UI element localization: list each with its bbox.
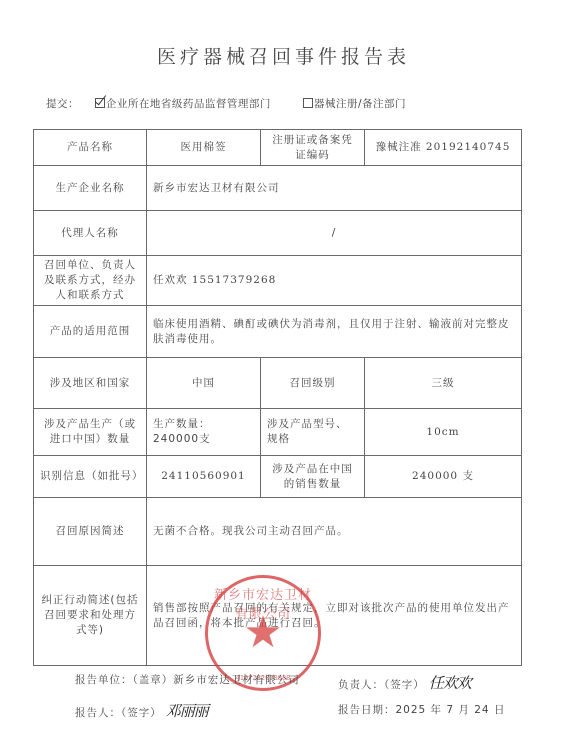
table-row: 召回原因简述 无菌不合格。现我公司主动召回产品。 xyxy=(34,498,522,566)
reason-label: 召回原因简述 xyxy=(34,498,147,566)
model-label: 涉及产品型号、规格 xyxy=(261,409,365,456)
report-date: 报告日期：2025 年 7 月 24 日 xyxy=(338,702,505,717)
responsible-label: 负责人：（签字） xyxy=(338,679,425,691)
batch-label: 识别信息（如批号） xyxy=(34,456,147,498)
batch-value: 24110560901 xyxy=(147,456,261,498)
submit-option-registration[interactable]: 器械注册/备注部门 xyxy=(303,96,406,111)
checkbox-unchecked-icon[interactable] xyxy=(303,98,313,108)
submit-option-registration-label: 器械注册/备注部门 xyxy=(314,98,406,110)
submit-option-provincial-label: 企业所在地省级药品监督管理部门 xyxy=(106,98,271,110)
table-row: 生产企业名称 新乡市宏达卫材有限公司 xyxy=(34,166,522,211)
recall-level-value: 三级 xyxy=(365,358,522,409)
registration-value: 豫械注准 20192140745 xyxy=(365,130,522,166)
manufacturer-value: 新乡市宏达卫材有限公司 xyxy=(147,166,522,211)
action-label: 纠正行动简述(包括召回要求和处理方式等) xyxy=(34,566,147,666)
document-title: 医疗器械召回事件报告表 xyxy=(0,42,567,69)
reason-value: 无菌不合格。现我公司主动召回产品。 xyxy=(147,498,522,566)
production-qty-label: 涉及产品生产（或进口中国）数量 xyxy=(34,409,147,456)
scope-value: 临床使用酒精、碘酊或碘伏为消毒剂，且仅用于注射、输液前对完整皮肤消毒使用。 xyxy=(147,306,522,358)
scope-label: 产品的适用范围 xyxy=(34,306,147,358)
sales-qty-label: 涉及产品在中国的销售数量 xyxy=(261,456,365,498)
product-name-value: 医用棉签 xyxy=(147,130,261,166)
table-row: 召回单位、负责人及联系方式，经办人和联系方式 任欢欢 15517379268 xyxy=(34,256,522,306)
responsible-signature: 任欢欢 xyxy=(429,674,471,692)
manufacturer-label: 生产企业名称 xyxy=(34,166,147,211)
reporter: 报告人：（签字）邓丽丽 xyxy=(75,700,208,721)
table-row: 产品名称 医用棉签 注册证或备案凭证编码 豫械注准 20192140745 xyxy=(34,130,522,166)
region-label: 涉及地区和国家 xyxy=(34,358,147,409)
responsible-person: 负责人：（签字）任欢欢 xyxy=(338,672,471,693)
submit-option-provincial[interactable]: 企业所在地省级药品监督管理部门 xyxy=(95,96,271,111)
recall-level-label: 召回级别 xyxy=(261,358,365,409)
sales-qty-value: 240000 支 xyxy=(365,456,522,498)
report-unit-label: 报告单位：（盖章） xyxy=(75,674,173,686)
report-unit: 报告单位：（盖章）新乡市宏达卫材有限公司 xyxy=(75,672,300,687)
report-date-value: 2025 年 7 月 24 日 xyxy=(396,704,506,716)
table-row: 涉及产品生产（或进口中国）数量 生产数量：240000支 涉及产品型号、规格 1… xyxy=(34,409,522,456)
table-row: 涉及地区和国家 中国 召回级别 三级 xyxy=(34,358,522,409)
registration-label: 注册证或备案凭证编码 xyxy=(261,130,365,166)
table-row: 纠正行动简述(包括召回要求和处理方式等) 销售部按照产品召回的有关规定，立即对该… xyxy=(34,566,522,666)
table-row: 识别信息（如批号） 24110560901 涉及产品在中国的销售数量 24000… xyxy=(34,456,522,498)
agent-value: / xyxy=(147,211,522,256)
recall-contact-label: 召回单位、负责人及联系方式，经办人和联系方式 xyxy=(34,256,147,306)
report-date-label: 报告日期： xyxy=(338,704,396,716)
submit-label: 提交： xyxy=(46,98,79,110)
reporter-signature: 邓丽丽 xyxy=(166,702,208,720)
recall-report-table: 产品名称 医用棉签 注册证或备案凭证编码 豫械注准 20192140745 生产… xyxy=(33,129,522,666)
submit-line: 提交： 企业所在地省级药品监督管理部门 器械注册/备注部门 xyxy=(46,96,271,111)
region-value: 中国 xyxy=(147,358,261,409)
model-value: 10cm xyxy=(365,409,522,456)
table-row: 代理人名称 / xyxy=(34,211,522,256)
production-qty-value: 生产数量：240000支 xyxy=(147,409,261,456)
report-unit-value: 新乡市宏达卫材有限公司 xyxy=(173,674,300,686)
product-name-label: 产品名称 xyxy=(34,130,147,166)
recall-contact-value: 任欢欢 15517379268 xyxy=(147,256,522,306)
action-value: 销售部按照产品召回的有关规定，立即对该批次产品的使用单位发出产品召回函，将本批产… xyxy=(147,566,522,666)
agent-label: 代理人名称 xyxy=(34,211,147,256)
reporter-label: 报告人：（签字） xyxy=(75,707,162,719)
table-row: 产品的适用范围 临床使用酒精、碘酊或碘伏为消毒剂，且仅用于注射、输液前对完整皮肤… xyxy=(34,306,522,358)
checkbox-checked-icon[interactable] xyxy=(95,98,105,108)
